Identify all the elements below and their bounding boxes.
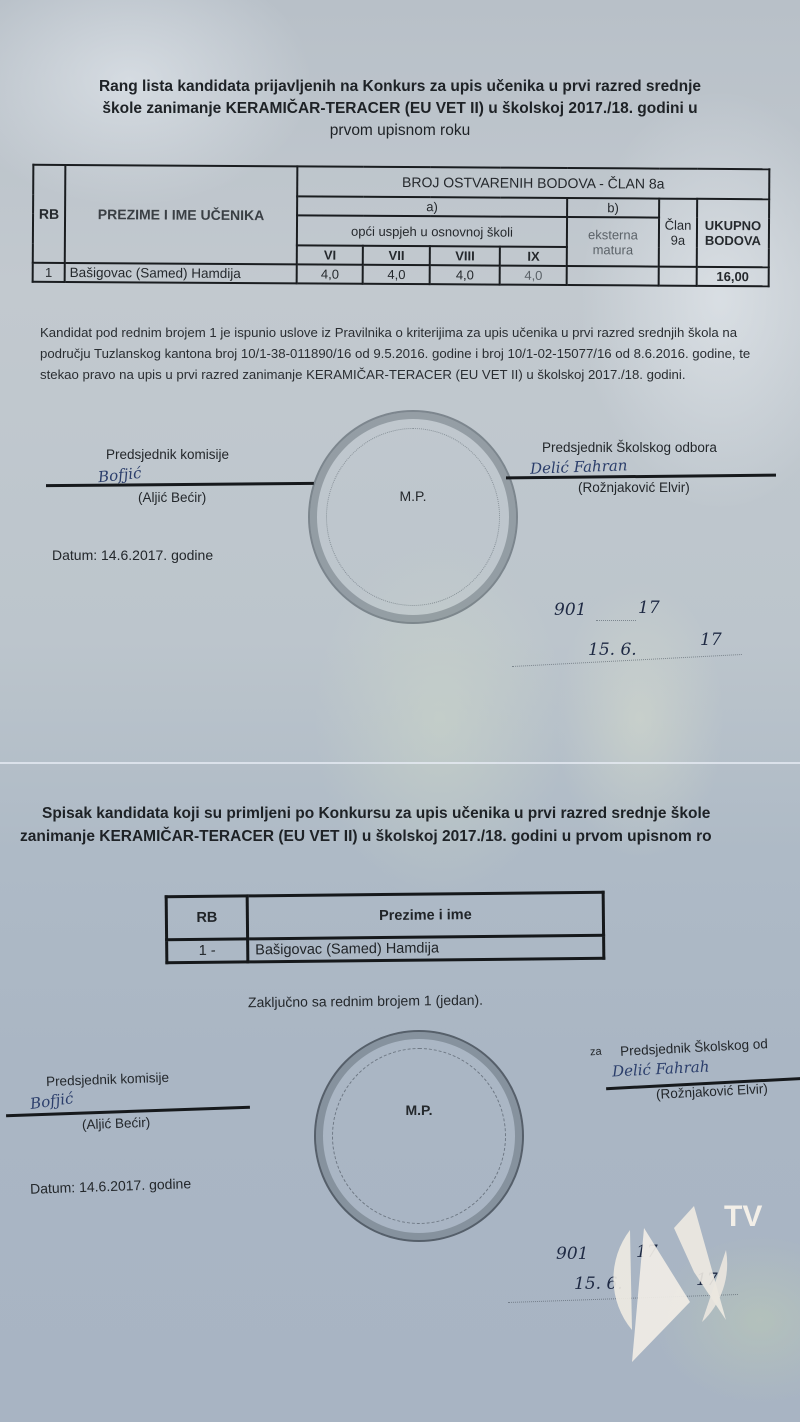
handwritten-date: 15. 6.	[588, 640, 637, 660]
stamp-label: M.P.	[310, 488, 516, 504]
admitted-table: RB Prezime i ime 1 - Bašigovac (Samed) H…	[165, 891, 606, 965]
tv-label: TV	[724, 1200, 762, 1233]
signature-name-left: (Aljić Bećir)	[138, 490, 206, 505]
cell-name: Bašigovac (Samed) Hamdija	[65, 263, 297, 283]
document-date: Datum: 14.6.2017. godine	[30, 1175, 192, 1197]
conclusion-text: Zaključno sa rednim brojem 1 (jedan).	[248, 992, 483, 1010]
table-row: 1 Bašigovac (Samed) Hamdija 4,0 4,0 4,0 …	[33, 263, 769, 286]
header-grade: VII	[363, 246, 430, 265]
admitted-list-title: Spisak kandidata koji su primljeni po Ko…	[10, 802, 800, 848]
signature-handwriting-right: Delić Fahrah	[612, 1057, 710, 1080]
stamp-label: M.P.	[316, 1102, 522, 1118]
official-stamp: M.P.	[308, 410, 518, 624]
title-line: Spisak kandidata koji su primljeni po Ko…	[10, 802, 800, 825]
cell-rb: 1	[33, 263, 65, 282]
cell-clan9a	[659, 267, 697, 286]
handwritten-date-year: 17	[700, 630, 722, 650]
cell-grade: 4,0	[430, 265, 501, 284]
title-line: Rang lista kandidata prijavljenih na Kon…	[20, 76, 780, 98]
cell-rb: 1 -	[167, 939, 248, 963]
stamp-ring	[332, 1048, 506, 1224]
title-line: prvom upisnom roku	[20, 120, 780, 142]
signature-handwriting-left: Bofjić	[29, 1089, 75, 1113]
signature-name-left: (Aljić Bećir)	[82, 1115, 151, 1132]
cell-grade: 4,0	[297, 264, 364, 283]
cell-grade: 4,0	[500, 266, 567, 285]
header-section-a: a)	[297, 196, 567, 217]
official-stamp: M.P.	[314, 1030, 524, 1242]
table-row: 1 - Bašigovac (Samed) Hamdija	[167, 935, 604, 963]
signature-role-left: Predsjednik komisije	[46, 1070, 170, 1089]
header-grade: VI	[297, 245, 364, 264]
document-date: Datum: 14.6.2017. godine	[52, 547, 213, 563]
cell-name: Bašigovac (Samed) Hamdija	[248, 935, 604, 962]
eligibility-paragraph: Kandidat pod rednim brojem 1 je ispunio …	[40, 322, 780, 385]
cell-external-matura	[567, 266, 659, 286]
title-line: zanimanje KERAMIČAR-TERACER (EU VET II) …	[10, 825, 800, 848]
cell-grade: 4,0	[363, 265, 430, 284]
cell-total: 16,00	[697, 267, 769, 286]
page-divider	[0, 762, 800, 764]
signature-role-right: Predsjednik Školskog od	[620, 1036, 768, 1059]
header-grade: IX	[500, 247, 567, 266]
signature-role-right: Predsjednik Školskog odbora	[542, 440, 717, 455]
header-rb: RB	[33, 165, 66, 263]
title-line: škole zanimanje KERAMIČAR-TERACER (EU VE…	[20, 98, 780, 120]
header-section-a-label: opći uspjeh u osnovnoj školi	[297, 215, 567, 247]
header-grade: VIII	[430, 246, 501, 265]
signature-prefix: za	[590, 1046, 602, 1059]
header-section-b-label: eksterna matura	[567, 217, 659, 267]
header-rb: RB	[166, 896, 247, 940]
header-clan9a: Član 9a	[659, 199, 697, 267]
handwritten-number: 901	[554, 600, 586, 620]
header-points-group: BROJ OSTVARENIH BODOVA - ČLAN 8a	[297, 166, 769, 199]
ranking-table: RB PREZIME I IME UČENIKA BROJ OSTVARENIH…	[32, 164, 771, 288]
dotted-line	[596, 620, 636, 621]
handwritten-year: 17	[638, 598, 660, 618]
tv-channel-logo-icon: TV	[570, 1190, 770, 1370]
header-name: Prezime i ime	[247, 892, 603, 939]
signature-role-left: Predsjednik komisije	[106, 447, 229, 462]
header-total: UKUPNO BODOVA	[697, 199, 769, 267]
signature-name-right: (Rožnjaković Elvir)	[578, 480, 690, 495]
signature-line-left	[46, 482, 314, 487]
header-section-b: b)	[567, 198, 659, 218]
header-name: PREZIME I IME UČENIKA	[65, 165, 298, 264]
stamp-ring	[326, 428, 500, 606]
ranking-list-title: Rang lista kandidata prijavljenih na Kon…	[20, 76, 780, 142]
